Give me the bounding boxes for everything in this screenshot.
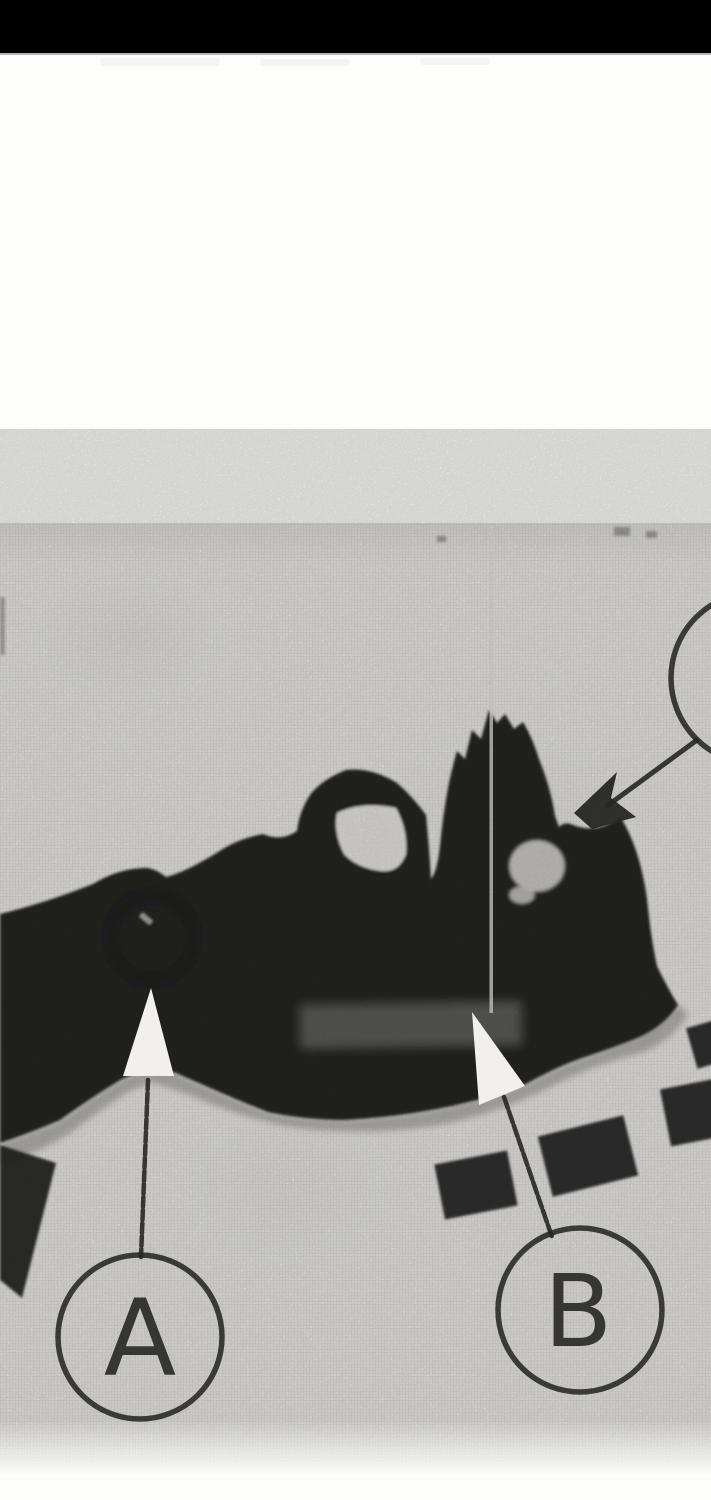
callout-b-label: B: [544, 1253, 613, 1370]
photo-bottom-fade: [0, 1420, 711, 1500]
callout-a-label: A: [104, 1277, 177, 1400]
figure-annotations: A B: [0, 0, 711, 1500]
callout-c-arrowhead: [574, 772, 636, 829]
callout-c-circle-partial: [671, 592, 711, 764]
callout-c-leader-line: [607, 740, 697, 806]
callout-a-leader-line: [141, 1080, 148, 1257]
callout-b-leader-line: [504, 1097, 552, 1237]
scanned-page: A B: [0, 0, 711, 1500]
callout-b-arrowhead: [472, 1012, 525, 1105]
callout-a-arrowhead: [123, 988, 174, 1076]
